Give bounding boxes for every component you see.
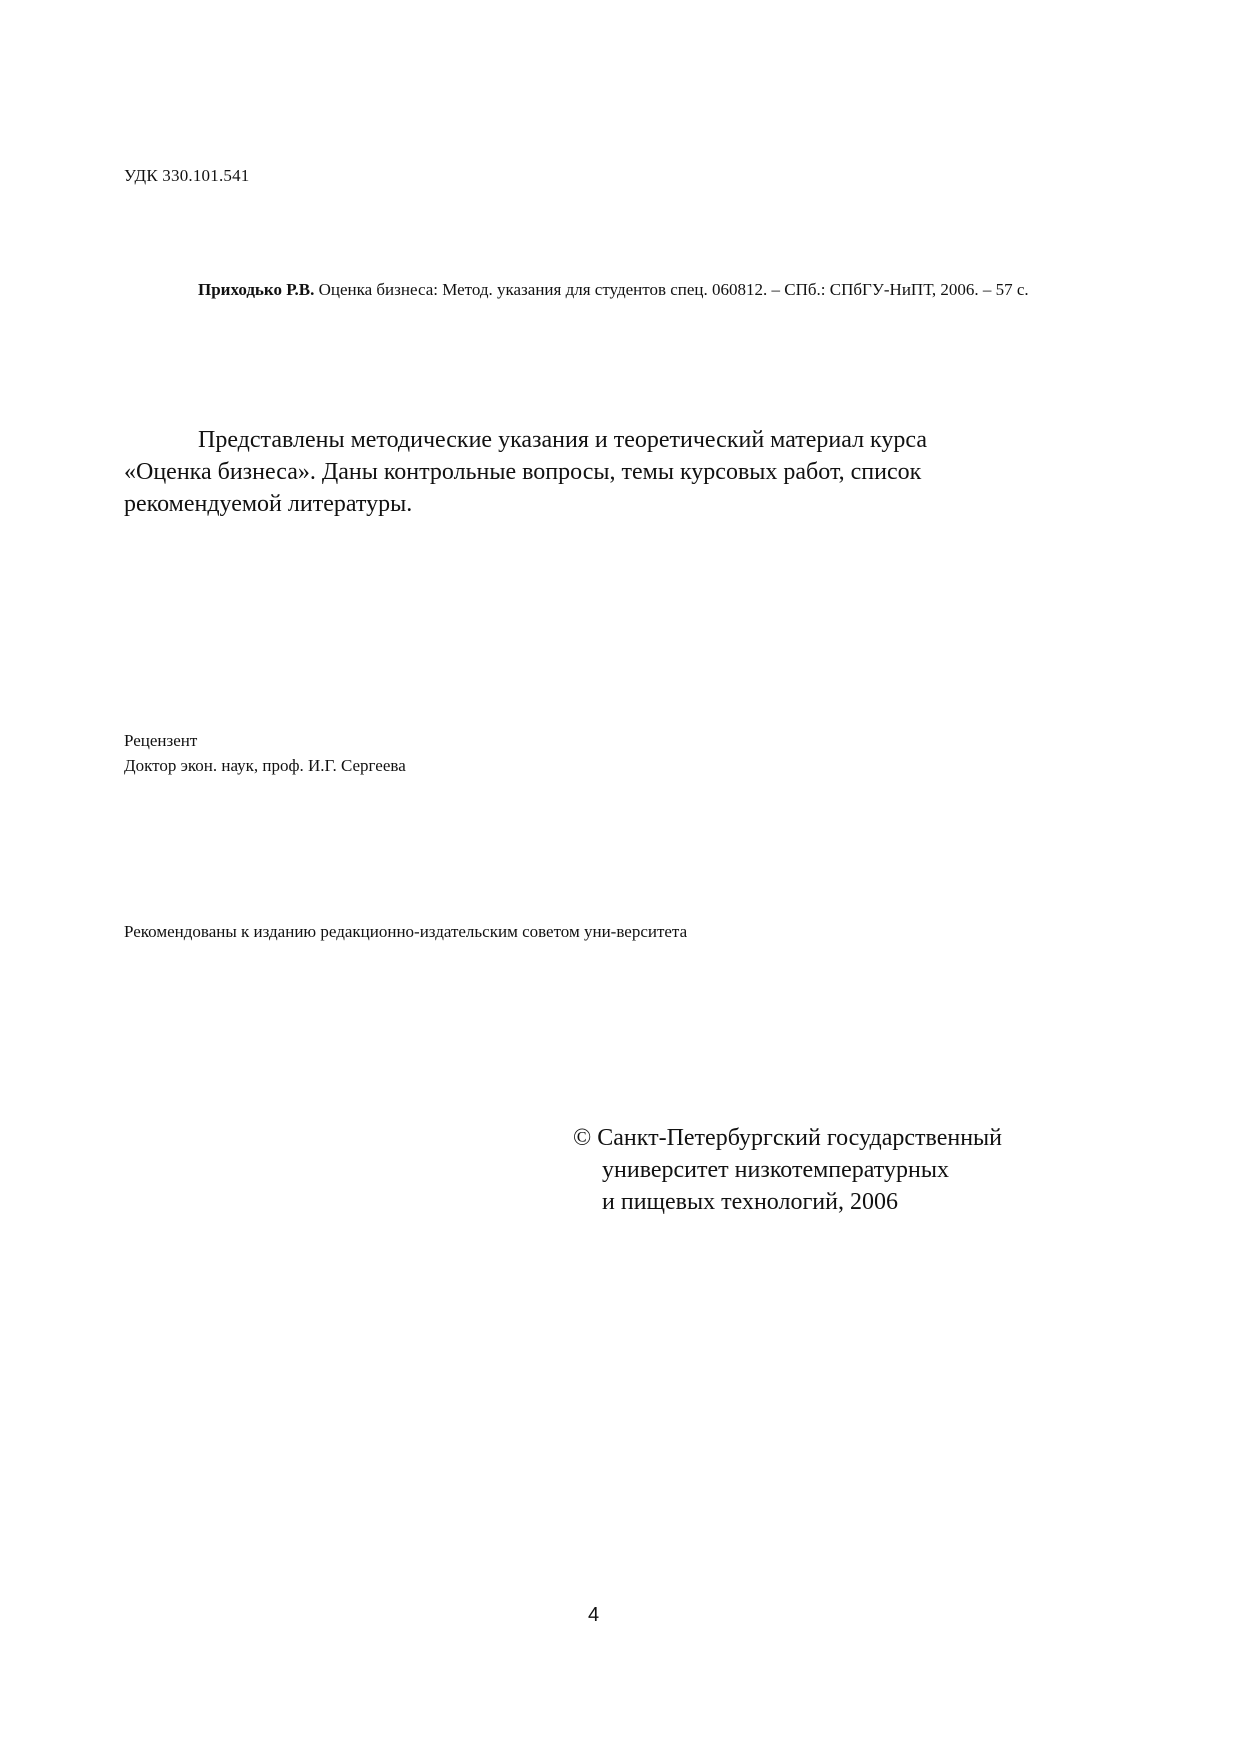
abstract-text-1: Представлены методические указания и тео… (198, 427, 927, 453)
reviewer-label: Рецензент (124, 728, 406, 753)
abstract-line-3: рекомендуемой литературы. (124, 488, 1044, 520)
publication-recommendation: Рекомендованы к изданию редакционно-изда… (124, 922, 687, 942)
reviewer-name: Доктор экон. наук, проф. И.Г. Сергеева (124, 753, 406, 778)
page-number: 4 (588, 1604, 599, 1627)
copyright-line-3: и пищевых технологий, 2006 (573, 1186, 1002, 1218)
author-name: Приходько Р.В. (198, 280, 314, 299)
copyright-line-2: университет низкотемпературных (573, 1154, 1002, 1186)
abstract-line-2: «Оценка бизнеса». Даны контрольные вопро… (124, 456, 1044, 488)
copyright-line-1: © Санкт-Петербургский государственный (573, 1122, 1002, 1154)
udk-code: УДК 330.101.541 (124, 166, 250, 186)
abstract-paragraph: Представлены методические указания и тео… (124, 424, 1044, 520)
reviewer-block: Рецензент Доктор экон. наук, проф. И.Г. … (124, 728, 406, 778)
bibliographic-description: Оценка бизнеса: Метод. указания для студ… (314, 280, 1028, 299)
bibliographic-record: Приходько Р.В. Оценка бизнеса: Метод. ук… (124, 276, 1064, 303)
abstract-line-1: Представлены методические указания и тео… (124, 424, 1044, 456)
copyright-block: © Санкт-Петербургский государственный ун… (573, 1122, 1002, 1218)
